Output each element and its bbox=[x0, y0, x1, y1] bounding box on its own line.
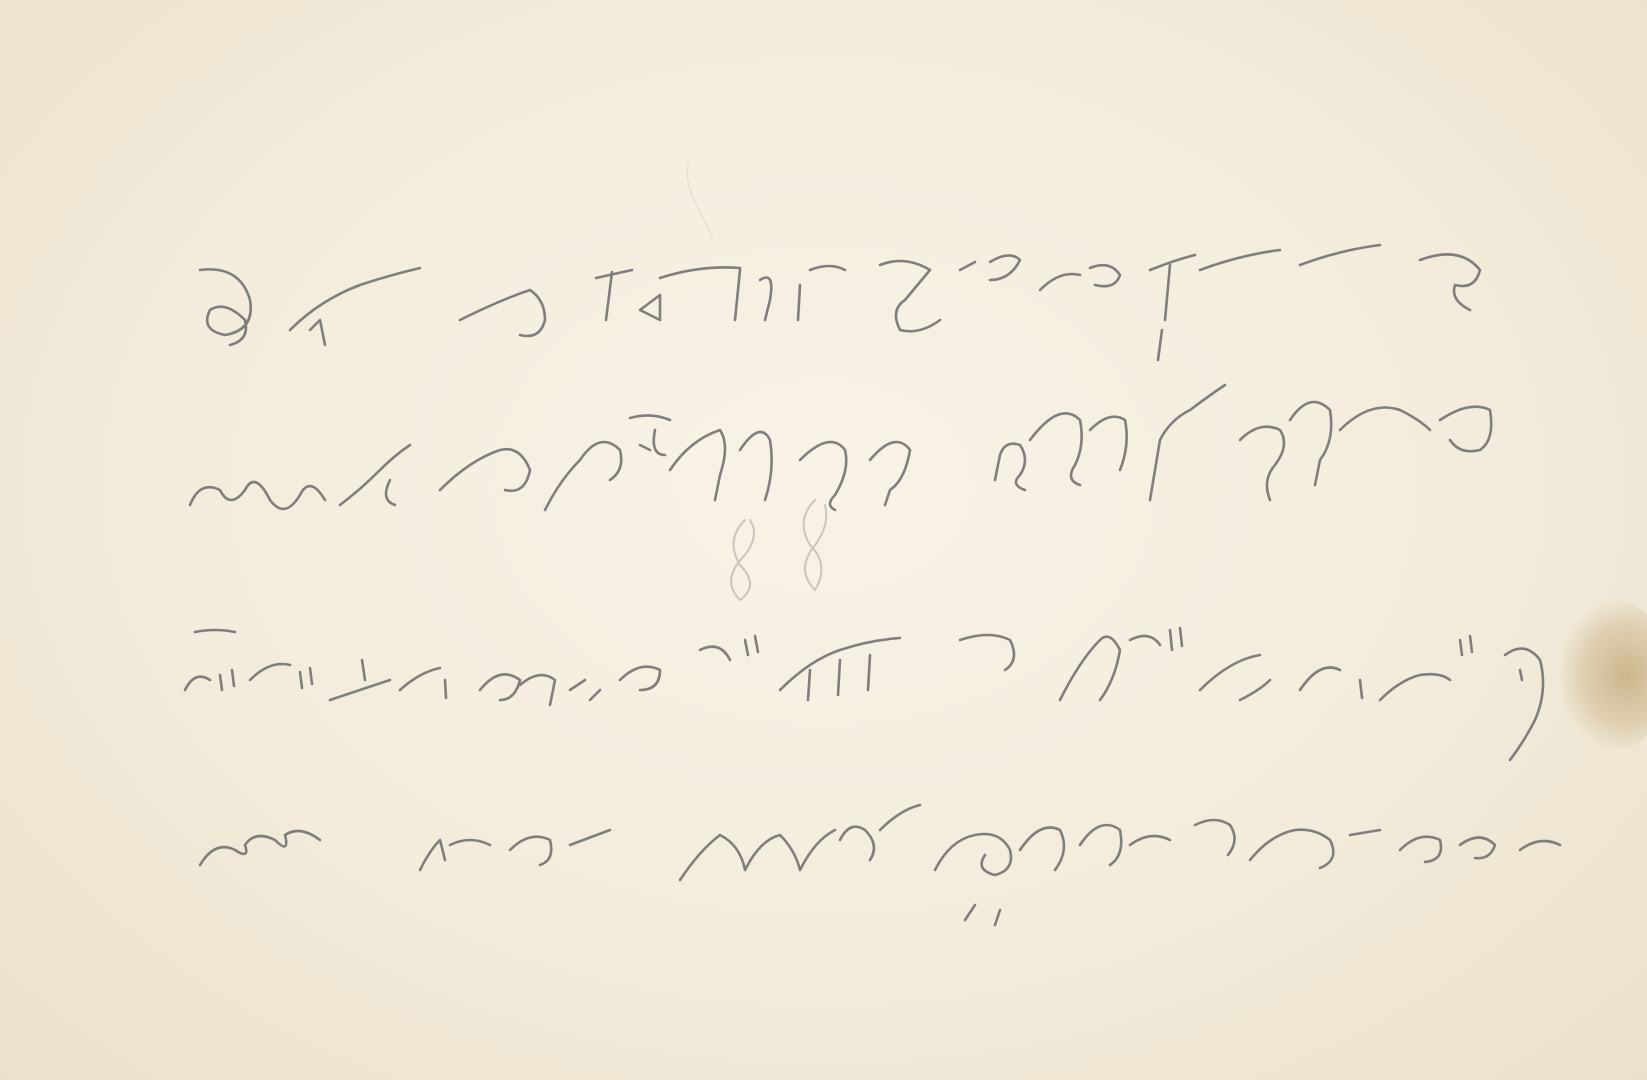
shorthand-line-2 bbox=[190, 330, 1491, 510]
shorthand-strokes bbox=[0, 0, 1647, 1080]
shorthand-line-3 bbox=[185, 628, 1543, 760]
paper-sheet: Handwritten pencil shorthand note on age… bbox=[0, 0, 1647, 1080]
faint-numerals-88 bbox=[731, 500, 826, 600]
shorthand-line-4 bbox=[200, 805, 1560, 925]
shorthand-line-1 bbox=[200, 245, 1480, 345]
